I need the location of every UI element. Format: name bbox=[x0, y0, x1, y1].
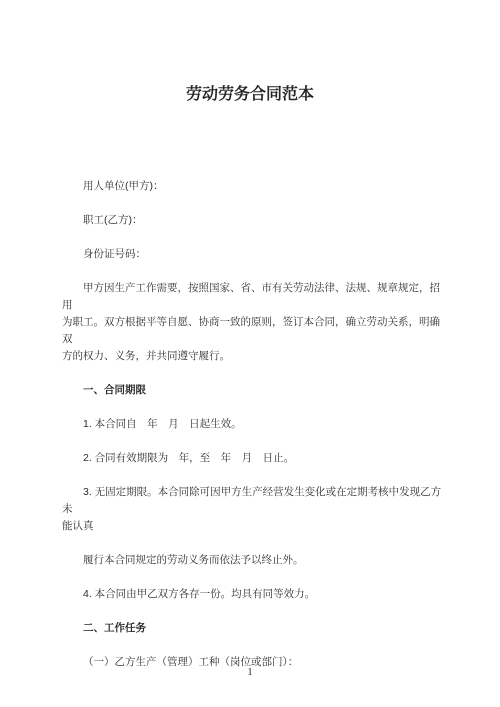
document-page: 劳动劳务合同范本 用人单位(甲方)： 职工(乙方)： 身份证号码： 甲方因生产工… bbox=[0, 0, 500, 707]
section-heading-contract-term: 一、合同期限 bbox=[62, 382, 448, 399]
section-heading-work-tasks: 二、工作任务 bbox=[62, 620, 448, 637]
clause-term-3-continued: 履行本合同规定的劳动义务而依法予以终止外。 bbox=[62, 552, 448, 569]
page-number: 1 bbox=[0, 665, 500, 679]
clause-term-4: 4. 本合同由甲乙双方各存一份。均具有同等效力。 bbox=[62, 586, 448, 603]
clause-term-2: 2. 合同有效期限为 年，至 年 月 日止。 bbox=[62, 450, 448, 467]
document-body: 用人单位(甲方)： 职工(乙方)： 身份证号码： 甲方因生产工作需要，按照国家、… bbox=[0, 178, 500, 671]
clause-term-1: 1. 本合同自 年 月 日起生效。 bbox=[62, 416, 448, 433]
document-title: 劳动劳务合同范本 bbox=[0, 0, 500, 104]
field-label-id-number: 身份证号码： bbox=[62, 246, 448, 263]
field-label-employee: 职工(乙方)： bbox=[62, 212, 448, 229]
paragraph-preamble: 甲方因生产工作需要，按照国家、省、市有关劳动法律、法规、规章规定，招用 为职工。… bbox=[62, 280, 448, 365]
clause-term-3: 3. 无固定期限。本合同除可因甲方生产经营发生变化或在定期考核中发现乙方未 能认… bbox=[62, 484, 448, 535]
field-label-employer: 用人单位(甲方)： bbox=[62, 178, 448, 195]
